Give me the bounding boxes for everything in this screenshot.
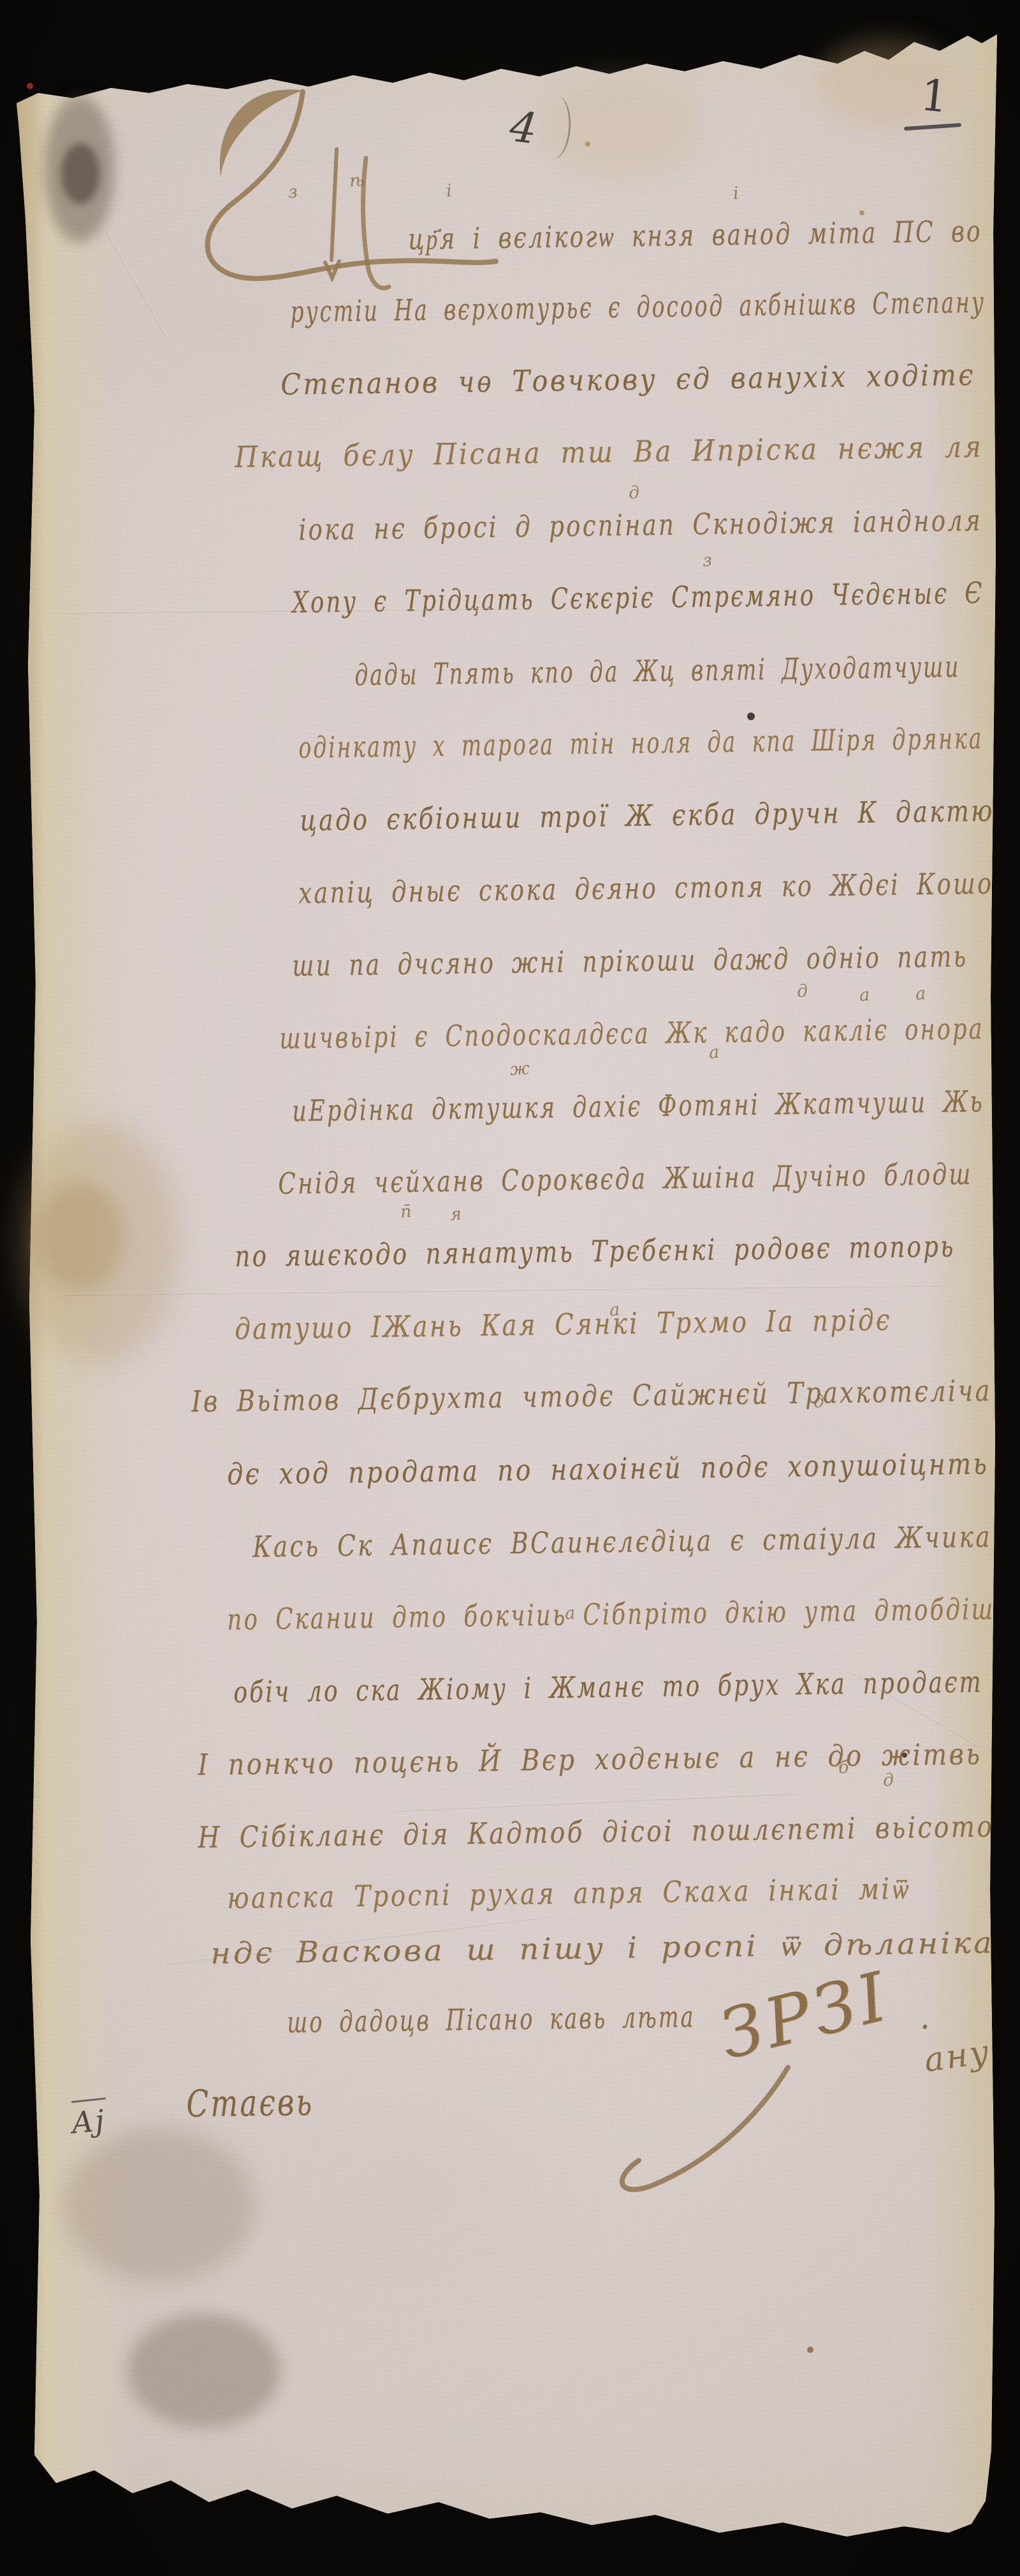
date-numerals: ЗРЗІ [713, 1962, 896, 2069]
manuscript-line: Пкащ бєлу Пісана тш Ва Ипріска нєжя ля [235, 432, 984, 472]
manuscript-line: Хопу є Трідцать Сєкєріє Стрємяно Чєдєныє… [292, 578, 984, 617]
superscript-letter: а [564, 1604, 577, 1622]
manuscript-line: рустіи На вєрхотурьє є досоод акбнішкв С… [290, 287, 986, 326]
manuscript-line: иЕрдінка дктушкя дахіє Фотяні Жкатчуши Ж… [292, 1087, 984, 1125]
manuscript-line: Н Сібікланє дія Кадтоб дісоі пошлєпєті в… [198, 1812, 994, 1852]
manuscript-page: цр҃я і вєлікогѡ кнзя ванод міта ПС ворус… [17, 28, 997, 2543]
sheet-number: 4 [507, 106, 539, 151]
superscript-letter: я [449, 1205, 463, 1223]
opening-flourish [172, 70, 529, 325]
manuscript-line: по Скании дто бокчіиь Сібпріто дкію ута … [227, 1594, 995, 1634]
superscript-letter: д [796, 982, 810, 1000]
manuscript-line: іока нє бросі д роспінап Скнодіжя іандно… [298, 505, 982, 544]
superscript-letter: д [882, 1771, 896, 1789]
manuscript-line: шо дадоцв Пісано кавь лѣта [287, 2002, 696, 2037]
superscript-letter: п̄ [400, 1203, 413, 1220]
superscript-letter: б [838, 1758, 850, 1776]
manuscript-line: хапіц дныє скока дєяно стопя ко Ждєі Кош… [298, 869, 994, 908]
manuscript-line: дады Тпять кпо да Жц впяті Духодатчуши [354, 652, 961, 690]
superscript-letter: а [915, 985, 928, 1002]
superscript-letter: ѣ [349, 171, 367, 190]
date-flourish [578, 2029, 845, 2220]
manuscript-line: Стєпанов чѳ Товчкову єд ванухіх ходітє [280, 360, 975, 399]
manuscript-line: Стаєвь [186, 2083, 314, 2122]
folio-number: 1 [919, 74, 951, 120]
manuscript-line: Снідя чєйханв Сороквєда Жшіна Дучіно бло… [278, 1159, 973, 1198]
manuscript-line: датушо ІЖань Кая Сянкі Трхмо Іа прідє [235, 1305, 892, 1343]
manuscript-line: Кась Ск Апаисє ВСаинєлєдіца є стаіула Жч… [252, 1522, 992, 1561]
bottom-left-mark: Ај [70, 2106, 106, 2138]
date-suffix: · ану [917, 2001, 1001, 2077]
manuscript-line: цр҃я і вєлікогѡ кнзя ванод міта ПС во [408, 216, 982, 254]
manuscript-line: ши па дчсяно жні прікоши дажд одніо пать [292, 941, 968, 980]
manuscript-line: дє ход продата по нахоінєй подє хопушоіц… [227, 1449, 989, 1489]
superscript-letter: ж [509, 1060, 532, 1078]
manuscript-line: цадо єкбіонши трої Ж єкба дручн К дактю [300, 796, 994, 835]
superscript-letter: і [732, 185, 740, 203]
superscript-letter: і [446, 182, 453, 200]
scan-background: цр҃я і вєлікогѡ кнзя ванод міта ПС ворус… [0, 0, 1020, 2576]
manuscript-line: юапска Троспі рухая апря Скаха інкаі міѿ [227, 1874, 910, 1913]
superscript-letter: д [628, 484, 641, 502]
superscript-letter: а [609, 1301, 622, 1319]
manuscript-line: по яшєкодо пянатуть Трєбєнкі родовє топо… [235, 1231, 956, 1271]
manuscript-line: шичвьірі є Сподоскалдєса Жк кадо какліє … [279, 1014, 984, 1053]
superscript-letter: з [288, 183, 300, 201]
manuscript-line: Ів Вьітов Дєбрухта чтодє Сайжнєй Трахкот… [191, 1375, 992, 1416]
manuscript-line: обіч ло ска Жіому і Жманє то брух Хка пр… [233, 1667, 983, 1707]
ink-speck [27, 83, 33, 89]
superscript-letter: а [859, 986, 871, 1004]
superscript-letter: а [708, 1043, 721, 1061]
superscript-letter: з [702, 551, 714, 569]
superscript-letter: д [813, 1393, 826, 1410]
manuscript-line: одінкату х тарога тін ноля да кпа Шіря д… [298, 723, 984, 762]
manuscript-line: І понкчо поцєнь Й Вєр ходєныє а нє до жі… [198, 1739, 982, 1779]
